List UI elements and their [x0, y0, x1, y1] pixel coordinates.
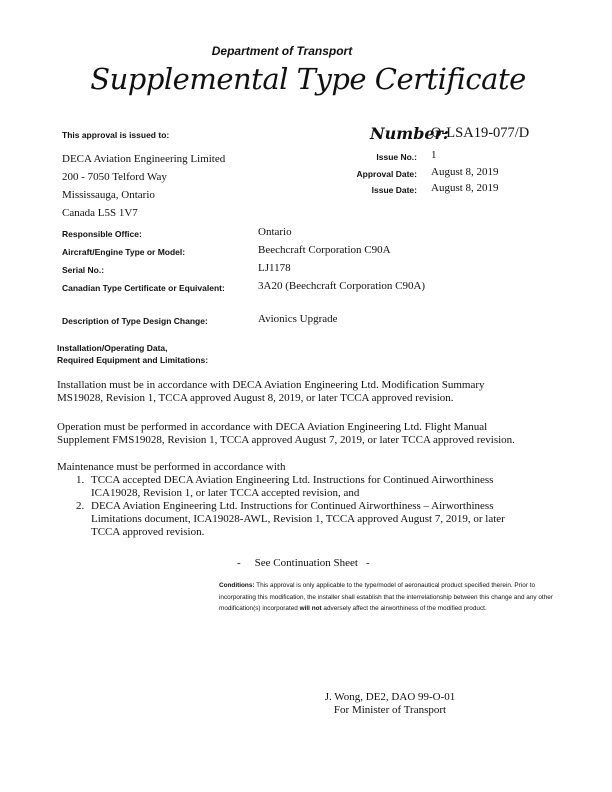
issue-date-value: August 8, 2019 [431, 182, 499, 194]
issue-no-label: Issue No.: [297, 152, 417, 162]
maintenance-intro: Maintenance must be performed in accorda… [57, 461, 577, 474]
address-line: Canada L5S 1V7 [62, 204, 225, 222]
responsible-office-label: Responsible Office: [62, 229, 142, 239]
certificate-number: O-LSA19-077/D [431, 125, 529, 142]
issued-to-address: DECA Aviation Engineering Limited 200 - … [62, 150, 225, 222]
address-line: Mississauga, Ontario [62, 186, 225, 204]
aircraft-value: Beechcraft Corporation C90A [258, 244, 391, 256]
list-number: 2. [76, 500, 84, 513]
issue-no-value: 1 [431, 149, 437, 161]
dash: - [366, 557, 370, 569]
operation-paragraph: Operation must be performed in accordanc… [57, 421, 577, 447]
installation-label-line: Required Equipment and Limitations: [57, 354, 208, 366]
installation-label: Installation/Operating Data, Required Eq… [57, 342, 208, 366]
responsible-office-value: Ontario [258, 226, 292, 238]
list-item: 1. TCCA accepted DECA Aviation Engineeri… [57, 474, 577, 500]
description-value: Avionics Upgrade [258, 313, 338, 325]
canadian-tc-label: Canadian Type Certificate or Equivalent: [62, 283, 225, 293]
document-title-text: Supplemental Type Certificate [90, 62, 526, 96]
department-heading: Department of Transport [0, 44, 612, 58]
maintenance-section: Maintenance must be performed in accorda… [57, 461, 577, 539]
conditions-block: Conditions: This approval is only applic… [219, 580, 564, 615]
signatory: J. Wong, DE2, DAO 99-O-01 [290, 691, 490, 704]
paragraph-line: Installation must be in accordance with … [57, 379, 577, 392]
signatory-title: For Minister of Transport [290, 704, 490, 717]
serial-value: LJ1178 [258, 262, 291, 274]
conditions-emphasis: will not [300, 605, 322, 612]
conditions-label: Conditions: [219, 582, 255, 589]
canadian-tc-value: 3A20 (Beechcraft Corporation C90A) [258, 280, 425, 292]
aircraft-label: Aircraft/Engine Type or Model: [62, 247, 185, 257]
list-number: 1. [76, 474, 84, 487]
list-item: 2. DECA Aviation Engineering Ltd. Instru… [57, 500, 577, 539]
document-title: Supplemental Type Certificate [0, 62, 612, 96]
address-line: 200 - 7050 Telford Way [62, 168, 225, 186]
paragraph-line: MS19028, Revision 1, TCCA approved Augus… [57, 392, 577, 405]
issue-date-label: Issue Date: [297, 185, 417, 195]
paragraph-line: Operation must be performed in accordanc… [57, 421, 577, 434]
department-text: Department of Transport [212, 44, 352, 58]
list-line: TCCA accepted DECA Aviation Engineering … [91, 474, 577, 487]
continuation-text: See Continuation Sheet [255, 557, 358, 569]
paragraph-line: Supplement FMS19028, Revision 1, TCCA ap… [57, 434, 577, 447]
continuation-note: -See Continuation Sheet- [237, 557, 370, 569]
conditions-text: adversely affect the airworthiness of th… [322, 605, 487, 612]
approval-date-label: Approval Date: [297, 169, 417, 179]
installation-paragraph: Installation must be in accordance with … [57, 379, 577, 405]
signature-block: J. Wong, DE2, DAO 99-O-01 For Minister o… [290, 691, 490, 717]
installation-label-line: Installation/Operating Data, [57, 342, 208, 354]
address-line: DECA Aviation Engineering Limited [62, 150, 225, 168]
issued-to-label: This approval is issued to: [62, 130, 169, 140]
list-line: Limitations document, ICA19028-AWL, Revi… [91, 513, 577, 526]
maintenance-list: 1. TCCA accepted DECA Aviation Engineeri… [57, 474, 577, 539]
dash: - [237, 557, 241, 569]
approval-date-value: August 8, 2019 [431, 166, 499, 178]
list-line: TCCA approved revision. [91, 526, 577, 539]
list-line: ICA19028, Revision 1, or later TCCA acce… [91, 487, 577, 500]
description-label: Description of Type Design Change: [62, 316, 208, 326]
list-line: DECA Aviation Engineering Ltd. Instructi… [91, 500, 577, 513]
serial-label: Serial No.: [62, 265, 104, 275]
